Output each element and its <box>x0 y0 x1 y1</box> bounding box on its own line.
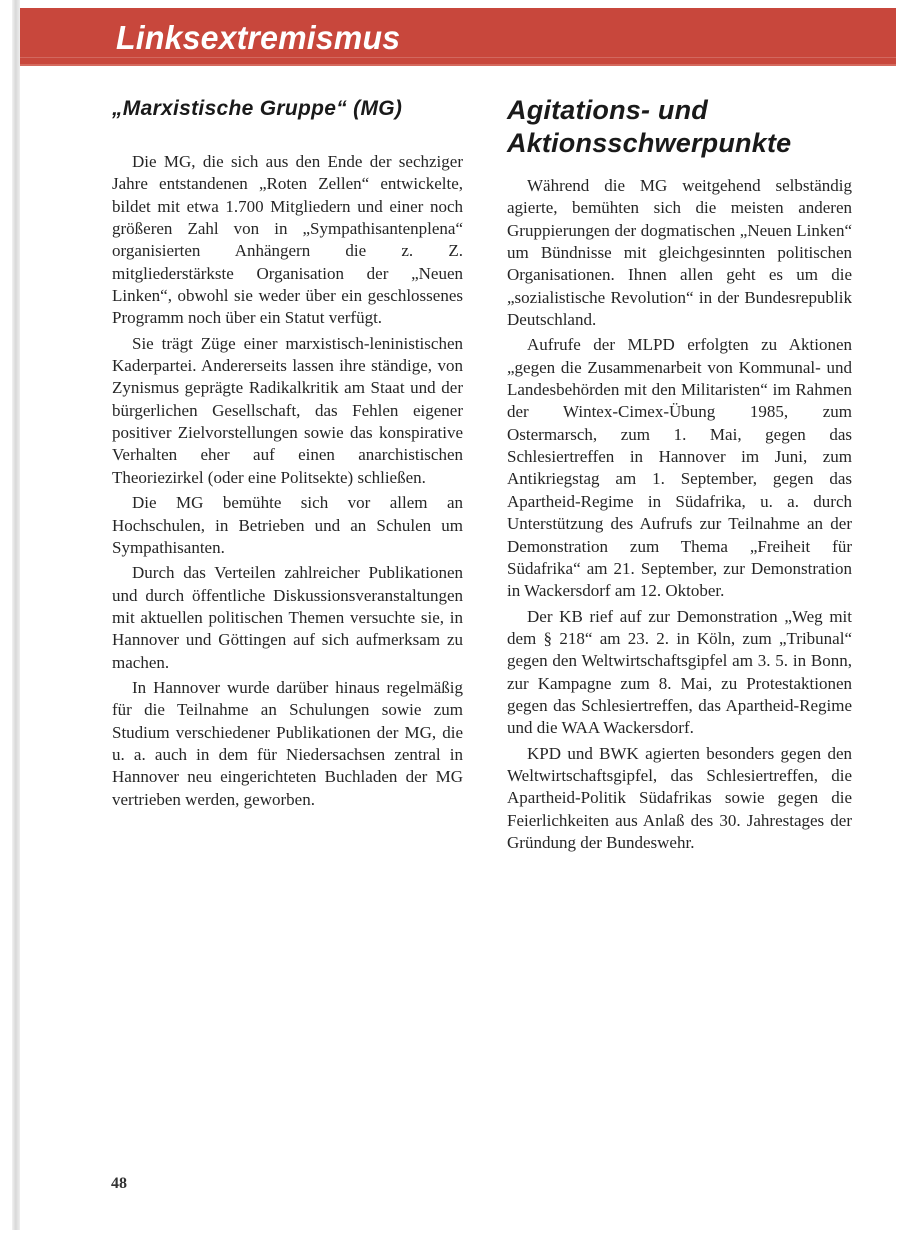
paragraph: Aufrufe der MLPD erfolgten zu Aktionen „… <box>507 334 852 602</box>
right-column-heading: Agitations- und Aktionsschwerpunkte <box>507 94 852 160</box>
left-column: „Marxistische Gruppe“ (MG) Die MG, die s… <box>112 96 463 814</box>
paragraph: KPD und BWK agierten besonders gegen den… <box>507 743 852 855</box>
paragraph: Sie trägt Züge einer marxistisch-leninis… <box>112 333 463 489</box>
page-binding-shadow <box>12 0 20 1230</box>
paragraph: Durch das Verteilen zahlreicher Publikat… <box>112 562 463 674</box>
page-number: 48 <box>111 1175 127 1193</box>
left-column-heading: „Marxistische Gruppe“ (MG) <box>112 96 463 121</box>
paragraph: Die MG, die sich aus den Ende der sechzi… <box>112 151 463 330</box>
paragraph: Während die MG weitgehend selbständig ag… <box>507 175 852 331</box>
paragraph: Der KB rief auf zur Demonstration „Weg m… <box>507 606 852 740</box>
paragraph: Die MG bemühte sich vor allem an Hochsch… <box>112 492 463 559</box>
section-title: Linksextremismus <box>116 20 400 56</box>
right-column: Agitations- und Aktionsschwerpunkte Währ… <box>507 96 852 857</box>
section-banner: Linksextremismus <box>20 8 896 66</box>
paragraph: In Hannover wurde darüber hinaus regelmä… <box>112 677 463 811</box>
